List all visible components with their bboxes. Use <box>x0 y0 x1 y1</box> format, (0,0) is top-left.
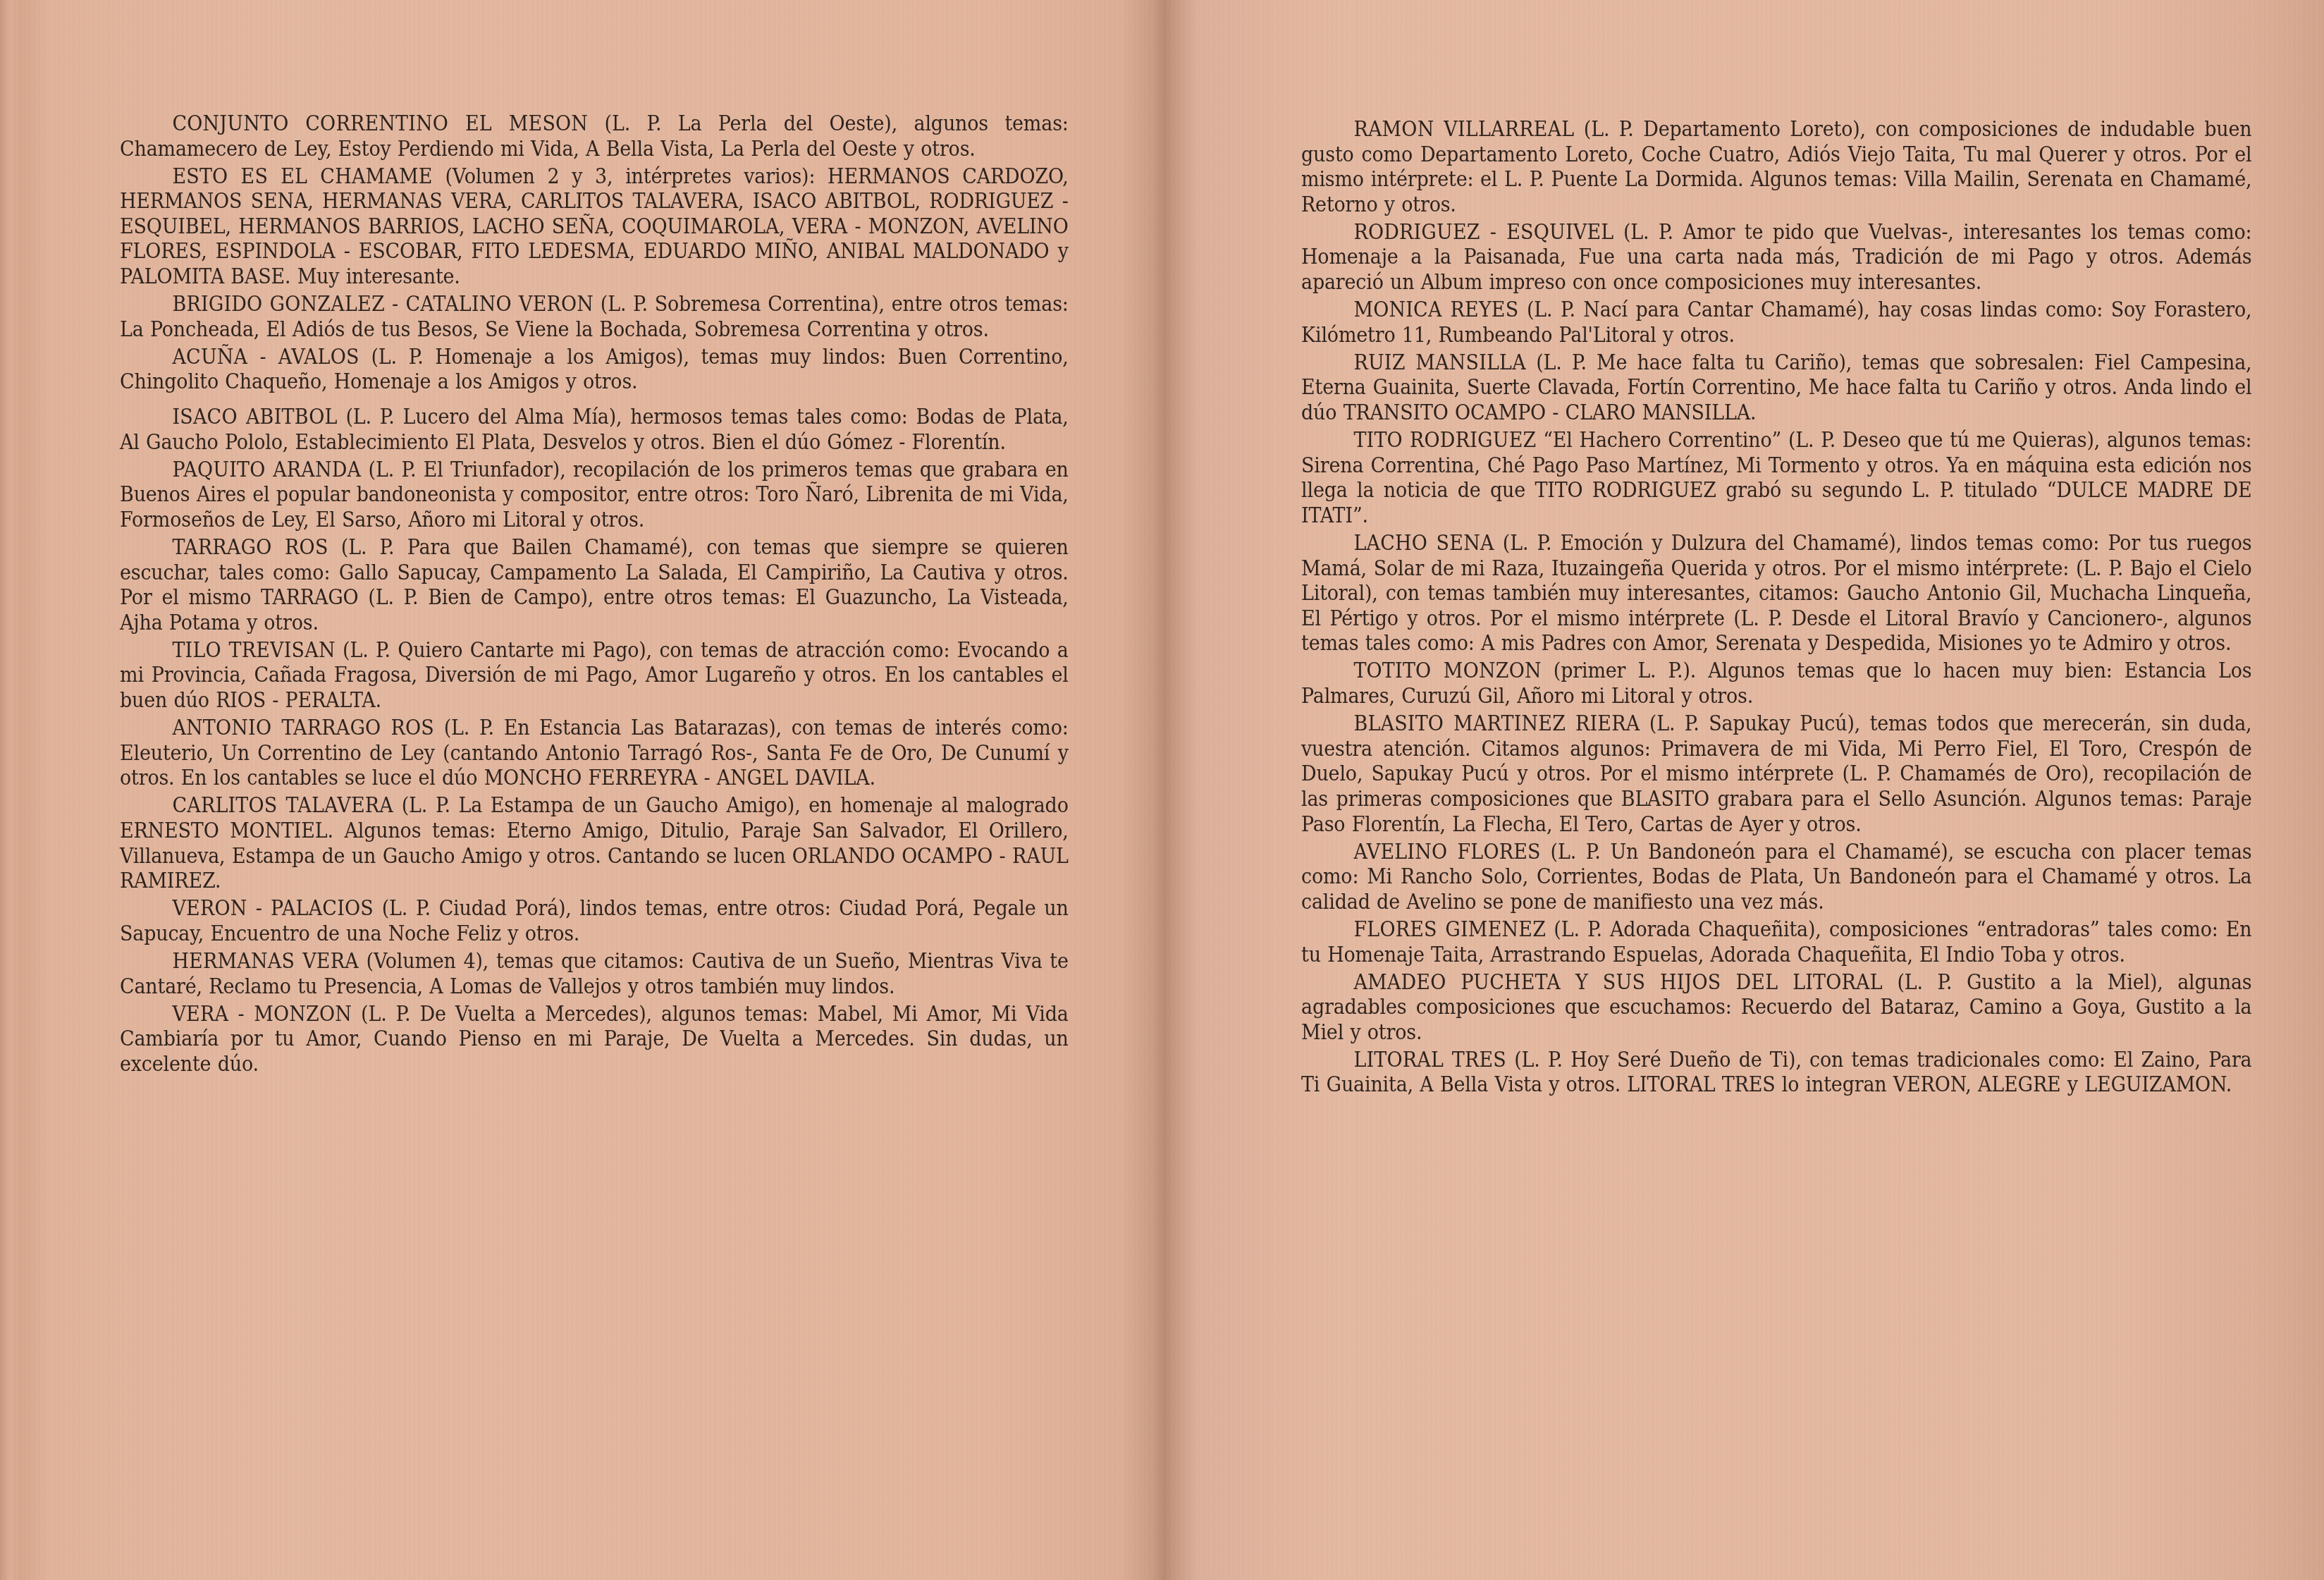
artist-name: FLORES GIMENEZ <box>1353 917 1546 941</box>
artist-name: TARRAGO ROS <box>172 535 328 559</box>
artist-name: ACUÑA - AVALOS <box>172 345 359 369</box>
record-review-entry: RODRIGUEZ - ESQUIVEL (L. P. Amor te pido… <box>1301 220 2252 295</box>
magazine-spread: CONJUNTO CORRENTINO EL MESON (L. P. La P… <box>0 0 2324 1580</box>
artist-name: BLASITO MARTINEZ RIERA <box>1353 711 1640 735</box>
artist-name: PAQUITO ARANDA <box>172 458 361 482</box>
artist-name: VERA - MONZON <box>172 1002 352 1026</box>
artist-name: LACHO SENA <box>1353 531 1494 555</box>
record-review-entry: ACUÑA - AVALOS (L. P. Homenaje a los Ami… <box>120 345 1069 395</box>
artist-name: CONJUNTO CORRENTINO EL MESON <box>172 111 588 135</box>
record-review-entry: TILO TREVISAN (L. P. Quiero Cantarte mi … <box>120 638 1069 714</box>
record-review-entry: AMADEO PUCHETA Y SUS HIJOS DEL LITORAL (… <box>1301 970 2252 1046</box>
left-page: CONJUNTO CORRENTINO EL MESON (L. P. La P… <box>0 0 1163 1580</box>
artist-name: BRIGIDO GONZALEZ - CATALINO VERON <box>172 292 594 316</box>
record-review-entry: VERA - MONZON (L. P. De Vuelta a Mercede… <box>120 1002 1069 1077</box>
record-review-entry: VERON - PALACIOS (L. P. Ciudad Porá), li… <box>120 896 1069 946</box>
artist-name: ESTO ES EL CHAMAME <box>172 164 432 188</box>
record-review-entry: RUIZ MANSILLA (L. P. Me hace falta tu Ca… <box>1301 350 2252 426</box>
record-review-entry: HERMANAS VERA (Volumen 4), temas que cit… <box>120 949 1069 999</box>
record-review-entry: CARLITOS TALAVERA (L. P. La Estampa de u… <box>120 793 1069 893</box>
record-review-entry: BLASITO MARTINEZ RIERA (L. P. Sapukay Pu… <box>1301 711 2252 837</box>
right-page: RAMON VILLARREAL (L. P. Departamento Lor… <box>1163 0 2324 1580</box>
artist-name: ISACO ABITBOL <box>172 405 337 429</box>
record-review-entry: AVELINO FLORES (L. P. Un Bandoneón para … <box>1301 840 2252 915</box>
record-review-entry: CONJUNTO CORRENTINO EL MESON (L. P. La P… <box>120 111 1069 161</box>
artist-name: TILO TREVISAN <box>172 638 335 662</box>
right-text-column: RAMON VILLARREAL (L. P. Departamento Lor… <box>1301 117 2252 1101</box>
artist-name: RUIZ MANSILLA <box>1353 350 1525 374</box>
record-review-entry: ISACO ABITBOL (L. P. Lucero del Alma Mía… <box>120 405 1069 455</box>
record-review-entry: LITORAL TRES (L. P. Hoy Seré Dueño de Ti… <box>1301 1048 2252 1098</box>
record-review-entry: LACHO SENA (L. P. Emoción y Dulzura del … <box>1301 531 2252 656</box>
record-review-entry: RAMON VILLARREAL (L. P. Departamento Lor… <box>1301 117 2252 217</box>
record-review-entry: TARRAGO ROS (L. P. Para que Bailen Chama… <box>120 535 1069 635</box>
artist-name: LITORAL TRES <box>1353 1048 1506 1072</box>
record-review-entry: ANTONIO TARRAGO ROS (L. P. En Estancia L… <box>120 716 1069 791</box>
record-review-entry: TOTITO MONZON (primer L. P.). Algunos te… <box>1301 659 2252 709</box>
record-review-entry: FLORES GIMENEZ (L. P. Adorada Chaqueñita… <box>1301 917 2252 967</box>
record-review-entry: PAQUITO ARANDA (L. P. El Triunfador), re… <box>120 458 1069 533</box>
artist-name: AVELINO FLORES <box>1353 840 1540 864</box>
artist-name: RODRIGUEZ - ESQUIVEL <box>1353 220 1613 244</box>
left-text-column: CONJUNTO CORRENTINO EL MESON (L. P. La P… <box>120 111 1069 1079</box>
artist-name: MONICA REYES <box>1353 298 1518 321</box>
artist-name: AMADEO PUCHETA Y SUS HIJOS DEL LITORAL <box>1353 970 1882 994</box>
record-review-entry: ESTO ES EL CHAMAME (Volumen 2 y 3, intér… <box>120 164 1069 290</box>
artist-name: ANTONIO TARRAGO ROS <box>172 716 434 740</box>
artist-name: TITO RODRIGUEZ <box>1353 428 1536 452</box>
record-review-entry: MONICA REYES (L. P. Nací para Cantar Cha… <box>1301 298 2252 348</box>
artist-name: TOTITO MONZON <box>1353 659 1541 682</box>
artist-name: CARLITOS TALAVERA <box>172 793 393 817</box>
artist-name: VERON - PALACIOS <box>172 896 374 920</box>
record-review-entry: TITO RODRIGUEZ “El Hachero Correntino” (… <box>1301 428 2252 528</box>
record-review-entry: BRIGIDO GONZALEZ - CATALINO VERON (L. P.… <box>120 292 1069 342</box>
artist-name: HERMANAS VERA <box>172 949 358 973</box>
artist-name: RAMON VILLARREAL <box>1353 117 1574 141</box>
